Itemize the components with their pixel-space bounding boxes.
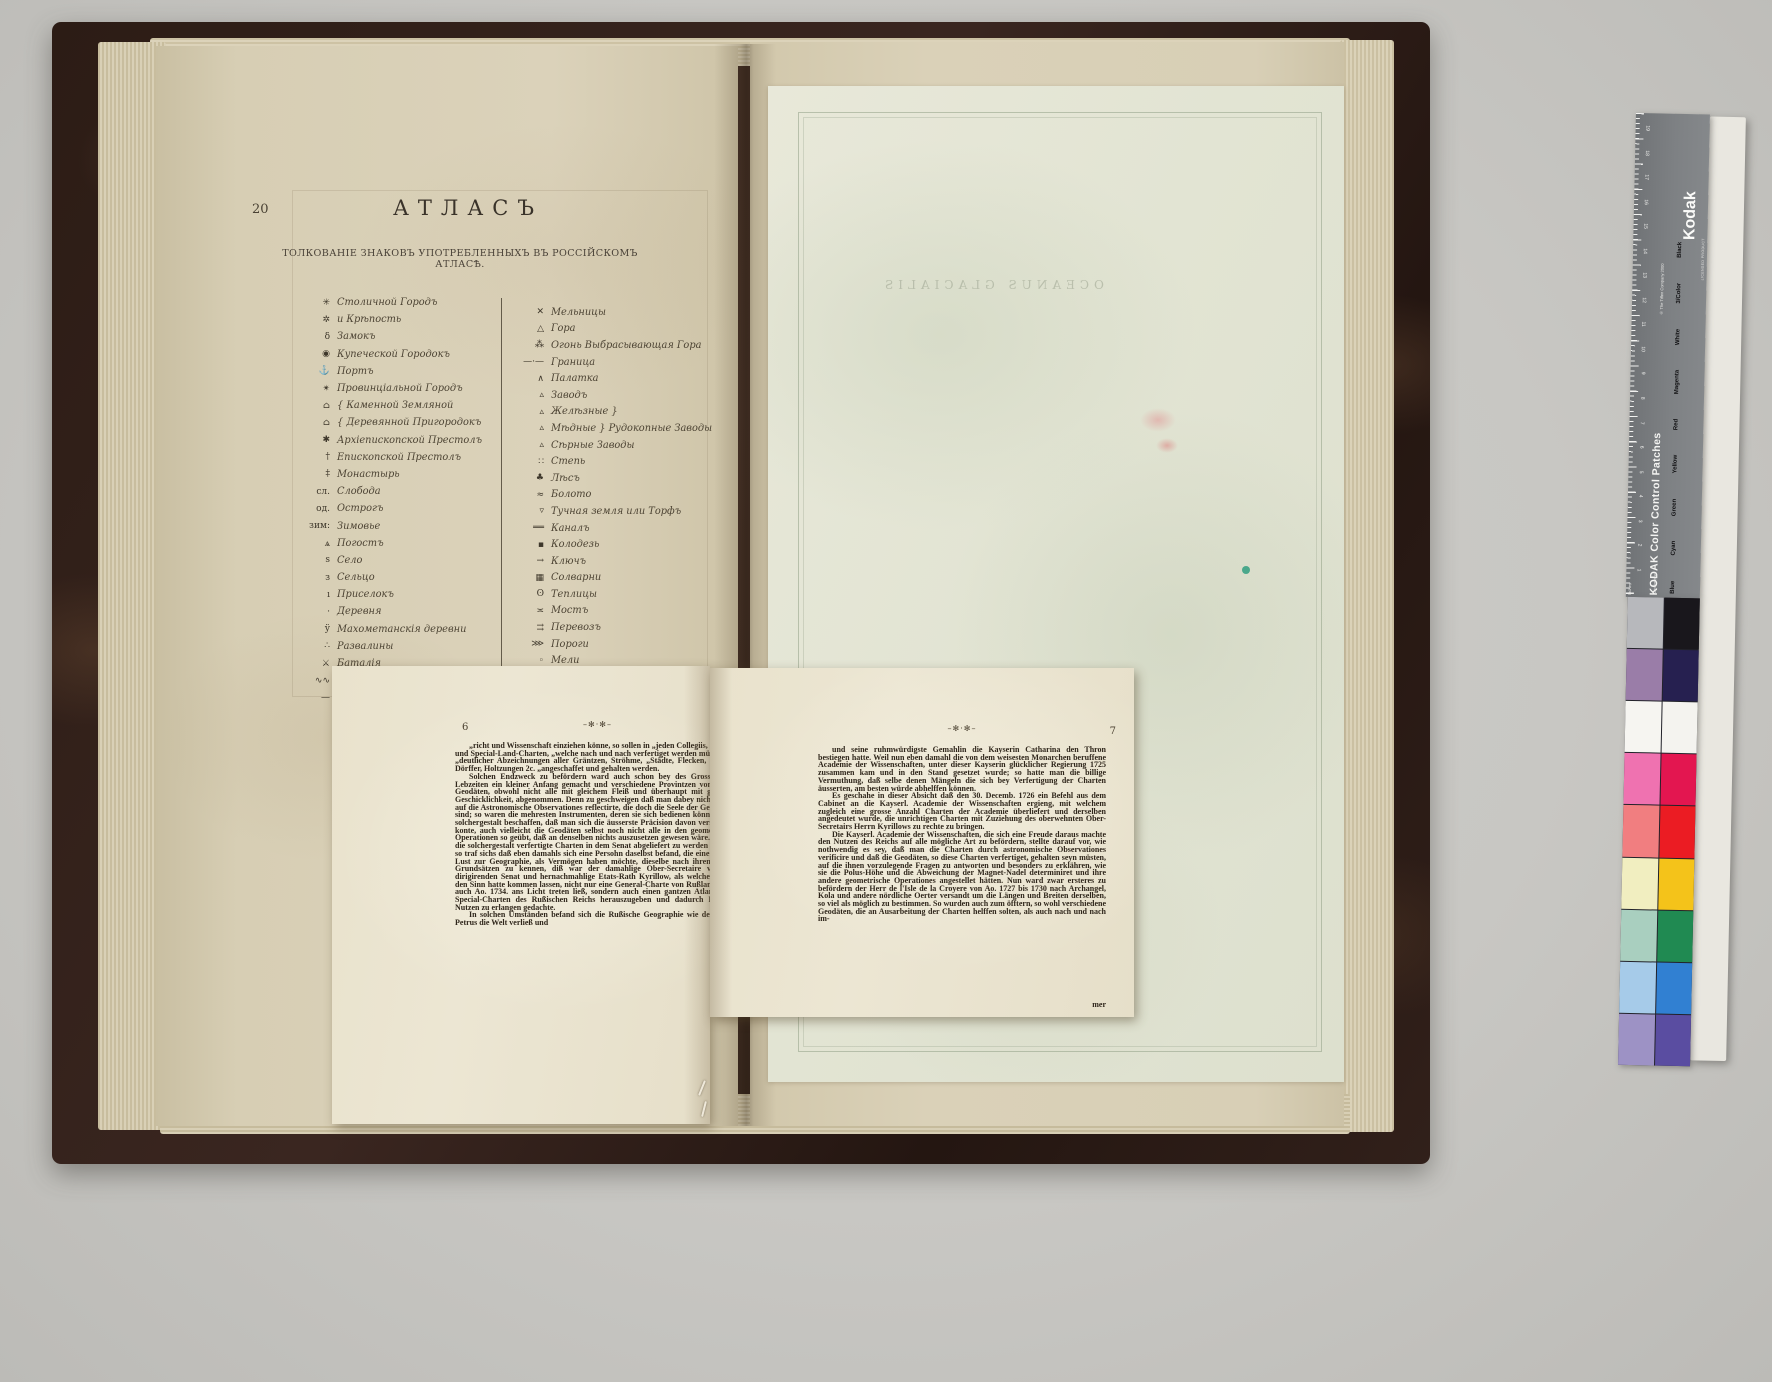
pink-stain-small [1156,438,1178,453]
teal-speck [1242,566,1250,574]
legend-symbol: ⚔ [300,659,330,669]
legend-row: ⌂ { Каменной Земляной [300,397,498,414]
legend-row: ✴ Провинціальной Городъ [300,380,498,397]
color-patch-light [1620,909,1657,961]
legend-label: Монастырь [337,469,400,480]
ruler-number: 16 [1643,199,1649,205]
legend-label: Слобода [337,486,381,497]
patch-label: Yellow [1672,455,1678,474]
patch-label: 3/Color [1676,283,1682,304]
color-patch-light [1621,857,1658,909]
legend-symbol: ▵ [508,423,544,433]
legend-label: Махометанскія деревни [337,624,466,635]
ruler-number: 19 [1645,125,1651,131]
color-patch-light [1627,597,1664,649]
legend-column-divider [501,298,502,682]
color-patch-full [1663,598,1700,650]
legend-symbol: ∴ [300,641,330,651]
legend-label: Сѣрные Заводы [551,440,635,451]
legend-row: ⌂ { Деревянной Пригородокъ [300,414,498,431]
legend-symbol: ∷ [508,457,544,467]
legend-label: Деревня [337,606,381,617]
legend-symbol: ▵ [508,390,544,400]
legend-label: Палатка [551,373,598,384]
legend-row: ∷ Степь [508,453,716,470]
legend-row: зим: Зимовье [300,517,498,534]
legend-symbol: ▿ [508,506,544,516]
legend-symbol: ⌂ [300,401,330,411]
legend-symbol: ⌂ [300,418,330,428]
legend-plate: 20 АТЛАСЪ ТОЛКОВАНІЕ ЗНАКОВЪ УПОТРЕБЛЕНН… [250,190,720,705]
legend-label: Острогъ [337,503,383,514]
legend-row: ▵ Сѣрные Заводы [508,437,716,454]
page-block-edge-right [1340,40,1394,1132]
ruler-number: 11 [1640,322,1646,327]
legend-symbol: ✴ [300,384,330,394]
legend-row: ▵ Желѣзные } [508,404,716,421]
color-patch-light [1625,701,1662,753]
color-patch-light [1618,1014,1655,1066]
legend-symbol: † [300,452,330,462]
legend-symbol: ‡ [300,469,330,479]
patch-label: Blue [1670,581,1676,594]
color-patch-full [1656,962,1693,1014]
legend-symbol: ∧ [508,374,544,384]
legend-symbol: ∿∿ [300,676,330,686]
legend-right-column: ✕ Мельницы △ Гора ⁂ Огонь Выбрасывающая … [508,304,716,686]
map-ghost-title: OCEANUS GLACIALIS [880,278,1104,292]
legend-row: δ Замокъ [300,328,498,345]
ruler-number: 13 [1642,273,1648,279]
page-6-catchword: und [455,1010,740,1019]
book-scan-photo: OCEANUS GLACIALIS 20 АТЛАСЪ ТОЛКОВАНІЕ З… [0,0,1772,1382]
legend-symbol: ÿ [300,624,330,634]
legend-row: ѕ Село [300,552,498,569]
legend-row: ⇉ Перевозъ [508,619,716,636]
patch-label: Magenta [1674,370,1681,394]
legend-row: ✳ Столичной Городъ [300,294,498,311]
legend-symbol: зим: [300,521,330,531]
legend-symbol: з [300,573,330,583]
legend-row: ▵ Заводъ [508,387,716,404]
kodak-color-strip: 19181716151413121110987654321 KODAK Colo… [1616,109,1748,1069]
legend-symbol: ı [300,590,330,600]
color-patch-grid [1618,597,1700,1066]
ruler-number: 6 [1638,446,1644,449]
booklet-page-6: 6 –✻·✻– „richt und Wissenschaft einziehe… [332,666,710,1124]
color-patch-light [1626,649,1663,701]
atlas-title: АТЛАСЪ [318,196,618,220]
legend-row: ı Приселокъ [300,586,498,603]
legend-label: Болото [551,489,591,500]
legend-label: Замокъ [337,331,375,342]
patch-label: Red [1673,419,1679,430]
ruler-number: 17 [1644,174,1650,180]
legend-label: Село [337,555,362,566]
legend-label: Тучная земля или Торфъ [551,506,681,517]
legend-symbol: ♣ [508,473,544,483]
legend-symbol: ⇉ [508,623,544,633]
legend-row: ∧ Палатка [508,370,716,387]
legend-label: Мѣдные } Рудокопные Заводы [551,423,712,434]
legend-row: ▦ Солварни [508,570,716,587]
legend-row: ≈ Болото [508,487,716,504]
ruler-number: 4 [1637,495,1643,498]
booklet-page-7: –✻·✻– 7 und seine ruhmwürdigste Gemahlin… [710,668,1134,1017]
legend-symbol: ▦ [508,573,544,583]
kodak-licensed-product: LICENSED PRODUCT [1700,210,1705,280]
legend-symbol: ◉ [300,349,330,359]
legend-left-column: ✳ Столичной Городъ ✲ и Крѣпость δ Замокъ… [300,294,498,707]
legend-row: ✱ Архіепископской Престолъ [300,432,498,449]
page-7-catchword: mer [818,1000,1106,1009]
legend-label: Столичной Городъ [337,297,437,308]
ruler-number: 10 [1640,346,1646,352]
legend-symbol: ⁂ [508,340,544,350]
patch-label: Green [1672,499,1678,516]
legend-label: Ключъ [551,556,586,567]
legend-symbol: ══ [508,523,544,533]
kodak-brand: Kodak [1681,120,1702,240]
legend-row: → Ключъ [508,553,716,570]
legend-label: Пороги [551,639,589,650]
pink-stain [1140,408,1176,432]
inches-label: Inches [1627,555,1633,595]
legend-symbol: ≈ [508,490,544,500]
ruler-number: 2 [1636,544,1642,547]
legend-row: ══ Каналъ [508,520,716,537]
color-patch-full [1659,806,1696,858]
legend-symbol: ⚓ [300,366,330,376]
legend-label: Солварни [551,572,601,583]
color-patch-light [1619,962,1656,1014]
patch-labels: BlueCyanGreenYellowRedMagentaWhite3/Colo… [1670,242,1683,594]
legend-symbol: ⋙ [508,639,544,649]
page-number: 20 [252,202,269,217]
legend-row: ≍ Мостъ [508,603,716,620]
legend-symbol: ѕ [300,555,330,565]
legend-label: Епископской Престолъ [337,452,461,463]
color-patch-full [1658,858,1695,910]
legend-symbol: ▵ [508,407,544,417]
legend-label: Мели [551,655,579,666]
legend-row: ‡ Монастырь [300,466,498,483]
legend-label: Перевозъ [551,622,601,633]
legend-row: ▪ Колодезь [508,536,716,553]
color-patch-full [1661,702,1698,754]
legend-symbol: ✱ [300,435,330,445]
legend-symbol: ✕ [508,307,544,317]
legend-row: † Епископской Престолъ [300,449,498,466]
legend-row: ∴ Развалины [300,638,498,655]
legend-label: Мостъ [551,605,588,616]
legend-label: и Крѣпость [337,314,401,325]
kodak-ruler-bar: 19181716151413121110987654321 KODAK Colo… [1626,113,1710,598]
paragraph: Solchen Endzweck zu befördern ward auch … [455,773,740,912]
color-patch-full [1657,910,1694,962]
legend-symbol: △ [508,324,544,334]
legend-row: ⋙ Пороги [508,636,716,653]
paragraph: In solchen Umständen befand sich die Ruß… [455,911,740,926]
color-patch-light [1622,805,1659,857]
legend-label: { Деревянной Пригородокъ [337,417,481,428]
legend-label: Желѣзные } [551,406,618,417]
legend-label: Сельцо [337,572,375,583]
ruler-number: 7 [1638,421,1644,424]
legend-symbol: ʘ [508,589,544,599]
legend-row: ✲ и Крѣпость [300,311,498,328]
legend-symbol: —·— [508,357,544,367]
legend-row: —·— Граница [508,354,716,371]
legend-label: Гора [551,323,576,334]
ruler-number: 15 [1643,224,1649,230]
page-6-header: –✻·✻– [455,720,740,734]
legend-label: Портъ [337,366,374,377]
legend-symbol: → [508,556,544,566]
legend-label: Купеческой Городокъ [337,349,450,360]
page-7-number: 7 [1110,726,1116,737]
legend-label: Мельницы [551,307,606,318]
legend-row: ⁂ Огонь Выбрасывающая Гора [508,337,716,354]
legend-label: Развалины [337,641,393,652]
legend-symbol: од. [300,504,330,514]
legend-label: Погостъ [337,538,384,549]
legend-row: сл. Слобода [300,483,498,500]
page-7-text: und seine ruhmwürdigste Gemahlin die Kay… [818,746,1106,998]
legend-row: · Деревня [300,603,498,620]
page-6-text: „richt und Wissenschaft einziehen könne,… [455,742,740,1010]
color-patch-full [1655,1014,1692,1066]
legend-label: Граница [551,357,595,368]
legend-label: Степь [551,456,585,467]
legend-row: ✕ Мельницы [508,304,716,321]
legend-row: ʘ Теплицы [508,586,716,603]
paragraph: „richt und Wissenschaft einziehen könne,… [455,742,740,773]
legend-label: Теплицы [551,589,597,600]
header-ornament: –✻·✻– [455,720,740,729]
legend-label: Заводъ [551,390,587,401]
legend-symbol: δ [300,332,330,342]
legend-row: ⚓ Портъ [300,363,498,380]
header-ornament: –✻·✻– [818,724,1106,733]
paragraph: Es geschahe in dieser Absicht daß den 30… [818,792,1106,831]
ruler-number: 12 [1641,297,1647,303]
legend-row: з Сельцо [300,569,498,586]
legend-label: Приселокъ [337,589,394,600]
patch-label: Cyan [1671,541,1677,556]
legend-row: ◉ Купеческой Городокъ [300,346,498,363]
legend-label: Провинціальной Городъ [337,383,463,394]
legend-row: ÿ Махометанскія деревни [300,621,498,638]
legend-label: Колодезь [551,539,599,550]
legend-label: { Каменной Земляной [337,400,453,411]
color-patch-full [1662,650,1699,702]
legend-row: ▵ Мѣдные } Рудокопные Заводы [508,420,716,437]
ruler-number: 8 [1639,397,1645,400]
ruler-number: 14 [1642,248,1648,254]
legend-symbol: ◦ [508,656,544,666]
paragraph: Die Kayserl. Academie der Wissenschaften… [818,831,1106,923]
legend-symbol: ✳ [300,298,330,308]
legend-label: Каналъ [551,523,589,534]
legend-row: ▿ Тучная земля или Торфъ [508,503,716,520]
legend-symbol: ▪ [508,540,544,550]
page-7-header: –✻·✻– [818,724,1106,738]
legend-row: ♣ Лѣсъ [508,470,716,487]
legend-symbol: — [300,693,330,703]
legend-label: Огонь Выбрасывающая Гора [551,340,701,351]
ruler-number: 3 [1636,519,1642,522]
legend-symbol: ѧ [300,538,330,549]
color-patch-full [1660,754,1697,806]
paragraph: und seine ruhmwürdigste Gemahlin die Kay… [818,746,1106,792]
ruler-number: 1 [1635,568,1641,571]
legend-label: Зимовье [337,521,380,532]
atlas-subtitle: ТОЛКОВАНІЕ ЗНАКОВЪ УПОТРЕБЛЕННЫХЪ ВЪ РОС… [258,248,662,270]
legend-row: △ Гора [508,321,716,338]
color-patch-light [1623,753,1660,805]
legend-symbol: ▵ [508,440,544,450]
legend-row: ѧ Погостъ [300,535,498,552]
legend-label: Лѣсъ [551,473,580,484]
legend-symbol: сл. [300,487,330,497]
legend-symbol: · [300,607,330,617]
legend-symbol: ≍ [508,606,544,616]
legend-row: од. Острогъ [300,500,498,517]
ruler-number: 5 [1637,470,1643,473]
ruler-number: 9 [1639,372,1645,375]
ruler-number: 18 [1644,150,1650,156]
patch-label: White [1675,328,1681,344]
legend-label: Архіепископской Престолъ [337,435,482,446]
patch-label: Black [1677,242,1683,258]
legend-symbol: ✲ [300,315,330,325]
